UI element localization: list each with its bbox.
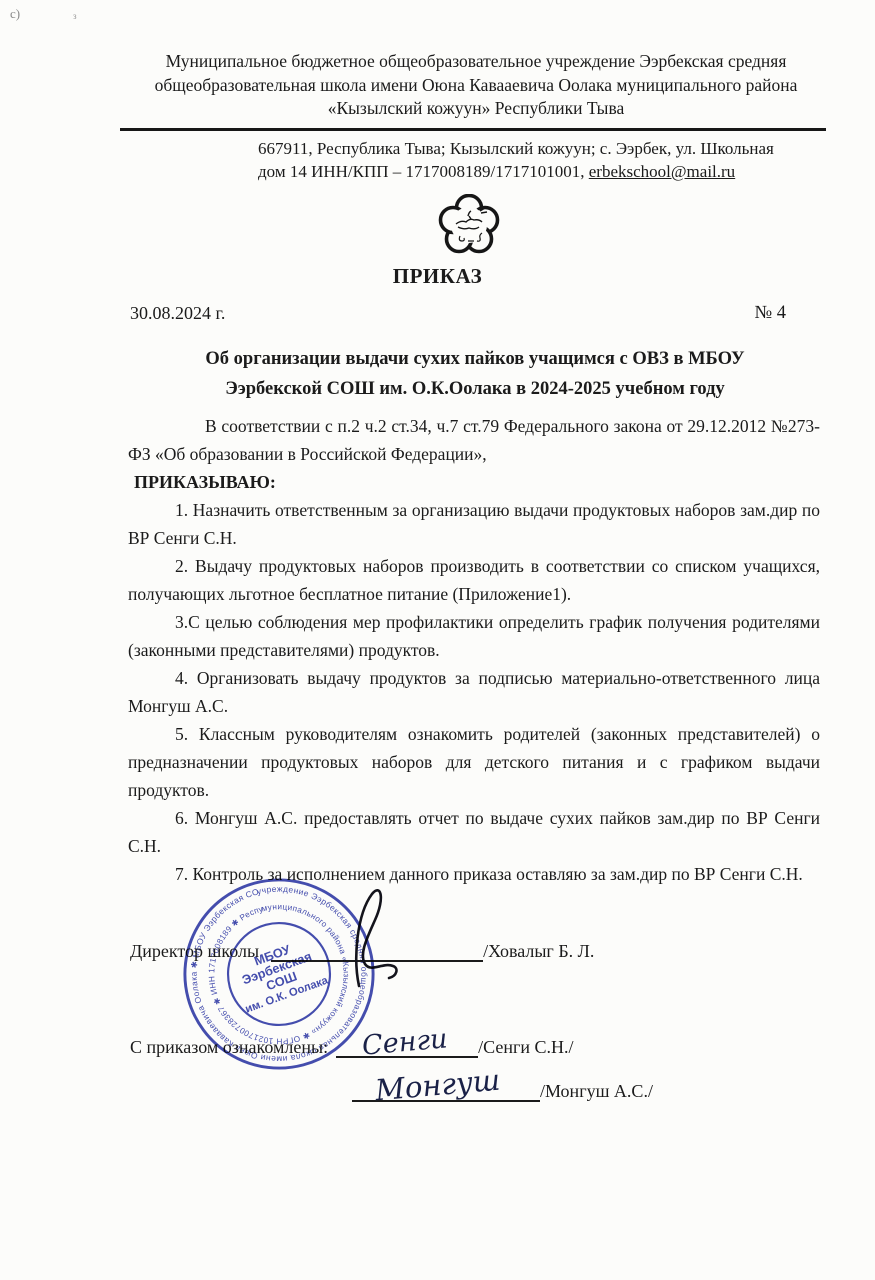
date-number-row: 30.08.2024 г. № 4: [130, 303, 786, 324]
decree-word: ПРИКАЗЫВАЮ:: [128, 468, 820, 496]
scanned-order-document: с) з Муниципальное бюджетное общеобразов…: [0, 0, 875, 1280]
order-item: 6. Монгуш А.С. предоставлять отчет по вы…: [128, 804, 820, 860]
order-item: 4. Организовать выдачу продуктов за подп…: [128, 664, 820, 720]
org-line-2: общеобразовательная школа имени Оюна Кав…: [110, 74, 842, 98]
ack-signature-line-2: Монгуш: [352, 1076, 540, 1102]
address-line-2: дом 14 ИНН/КПП – 1717008189/1717101001, …: [258, 160, 774, 183]
header-divider: [120, 128, 826, 131]
order-title-line-1: Об организации выдачи сухих пайков учащи…: [130, 344, 820, 374]
order-title: Об организации выдачи сухих пайков учащи…: [130, 344, 820, 404]
org-line-3: «Кызылский кожуун» Республики Тыва: [110, 97, 842, 121]
address-line-1: 667911, Республика Тыва; Кызылский кожуу…: [258, 137, 774, 160]
handwritten-signature-mongush: Монгуш: [373, 1063, 501, 1108]
ack-name-2: /Монгуш А.С./: [540, 1081, 653, 1102]
order-item: 3.С целью соблюдения мер профилактики оп…: [128, 608, 820, 664]
director-name: /Ховалыг Б. Л.: [483, 941, 594, 962]
scan-artifact-mark-2: з: [73, 11, 77, 21]
order-item: 2. Выдачу продуктовых наборов производит…: [128, 552, 820, 608]
order-body: В соответствии с п.2 ч.2 ст.34, ч.7 ст.7…: [128, 412, 820, 888]
order-title-line-2: Ээрбекской СОШ им. О.К.Оолака в 2024-202…: [130, 374, 820, 404]
scan-artifact-mark: с): [10, 6, 20, 22]
organization-header: Муниципальное бюджетное общеобразователь…: [110, 50, 842, 121]
org-line-1: Муниципальное бюджетное общеобразователь…: [110, 50, 842, 74]
org-address-block: 667911, Республика Тыва; Кызылский кожуу…: [258, 137, 774, 183]
ack-name-1: /Сенги С.Н./: [478, 1037, 573, 1058]
acknowledgement-row-2: Монгуш /Монгуш А.С./: [352, 1076, 653, 1102]
email-text: erbekschool@mail.ru: [589, 162, 735, 181]
school-round-stamp: учреждение Ээрбекская средняя общеобразо…: [181, 876, 377, 1072]
address-inn-kpp: дом 14 ИНН/КПП – 1717008189/1717101001,: [258, 162, 589, 181]
order-preamble: В соответствии с п.2 ч.2 ст.34, ч.7 ст.7…: [128, 412, 820, 468]
document-number: № 4: [754, 303, 786, 324]
order-item: 1. Назначить ответственным за организаци…: [128, 496, 820, 552]
school-emblem-icon: [438, 194, 500, 260]
document-date: 30.08.2024 г.: [130, 303, 225, 324]
document-type-heading: ПРИКАЗ: [0, 264, 875, 289]
order-item: 5. Классным руководителям ознакомить род…: [128, 720, 820, 804]
